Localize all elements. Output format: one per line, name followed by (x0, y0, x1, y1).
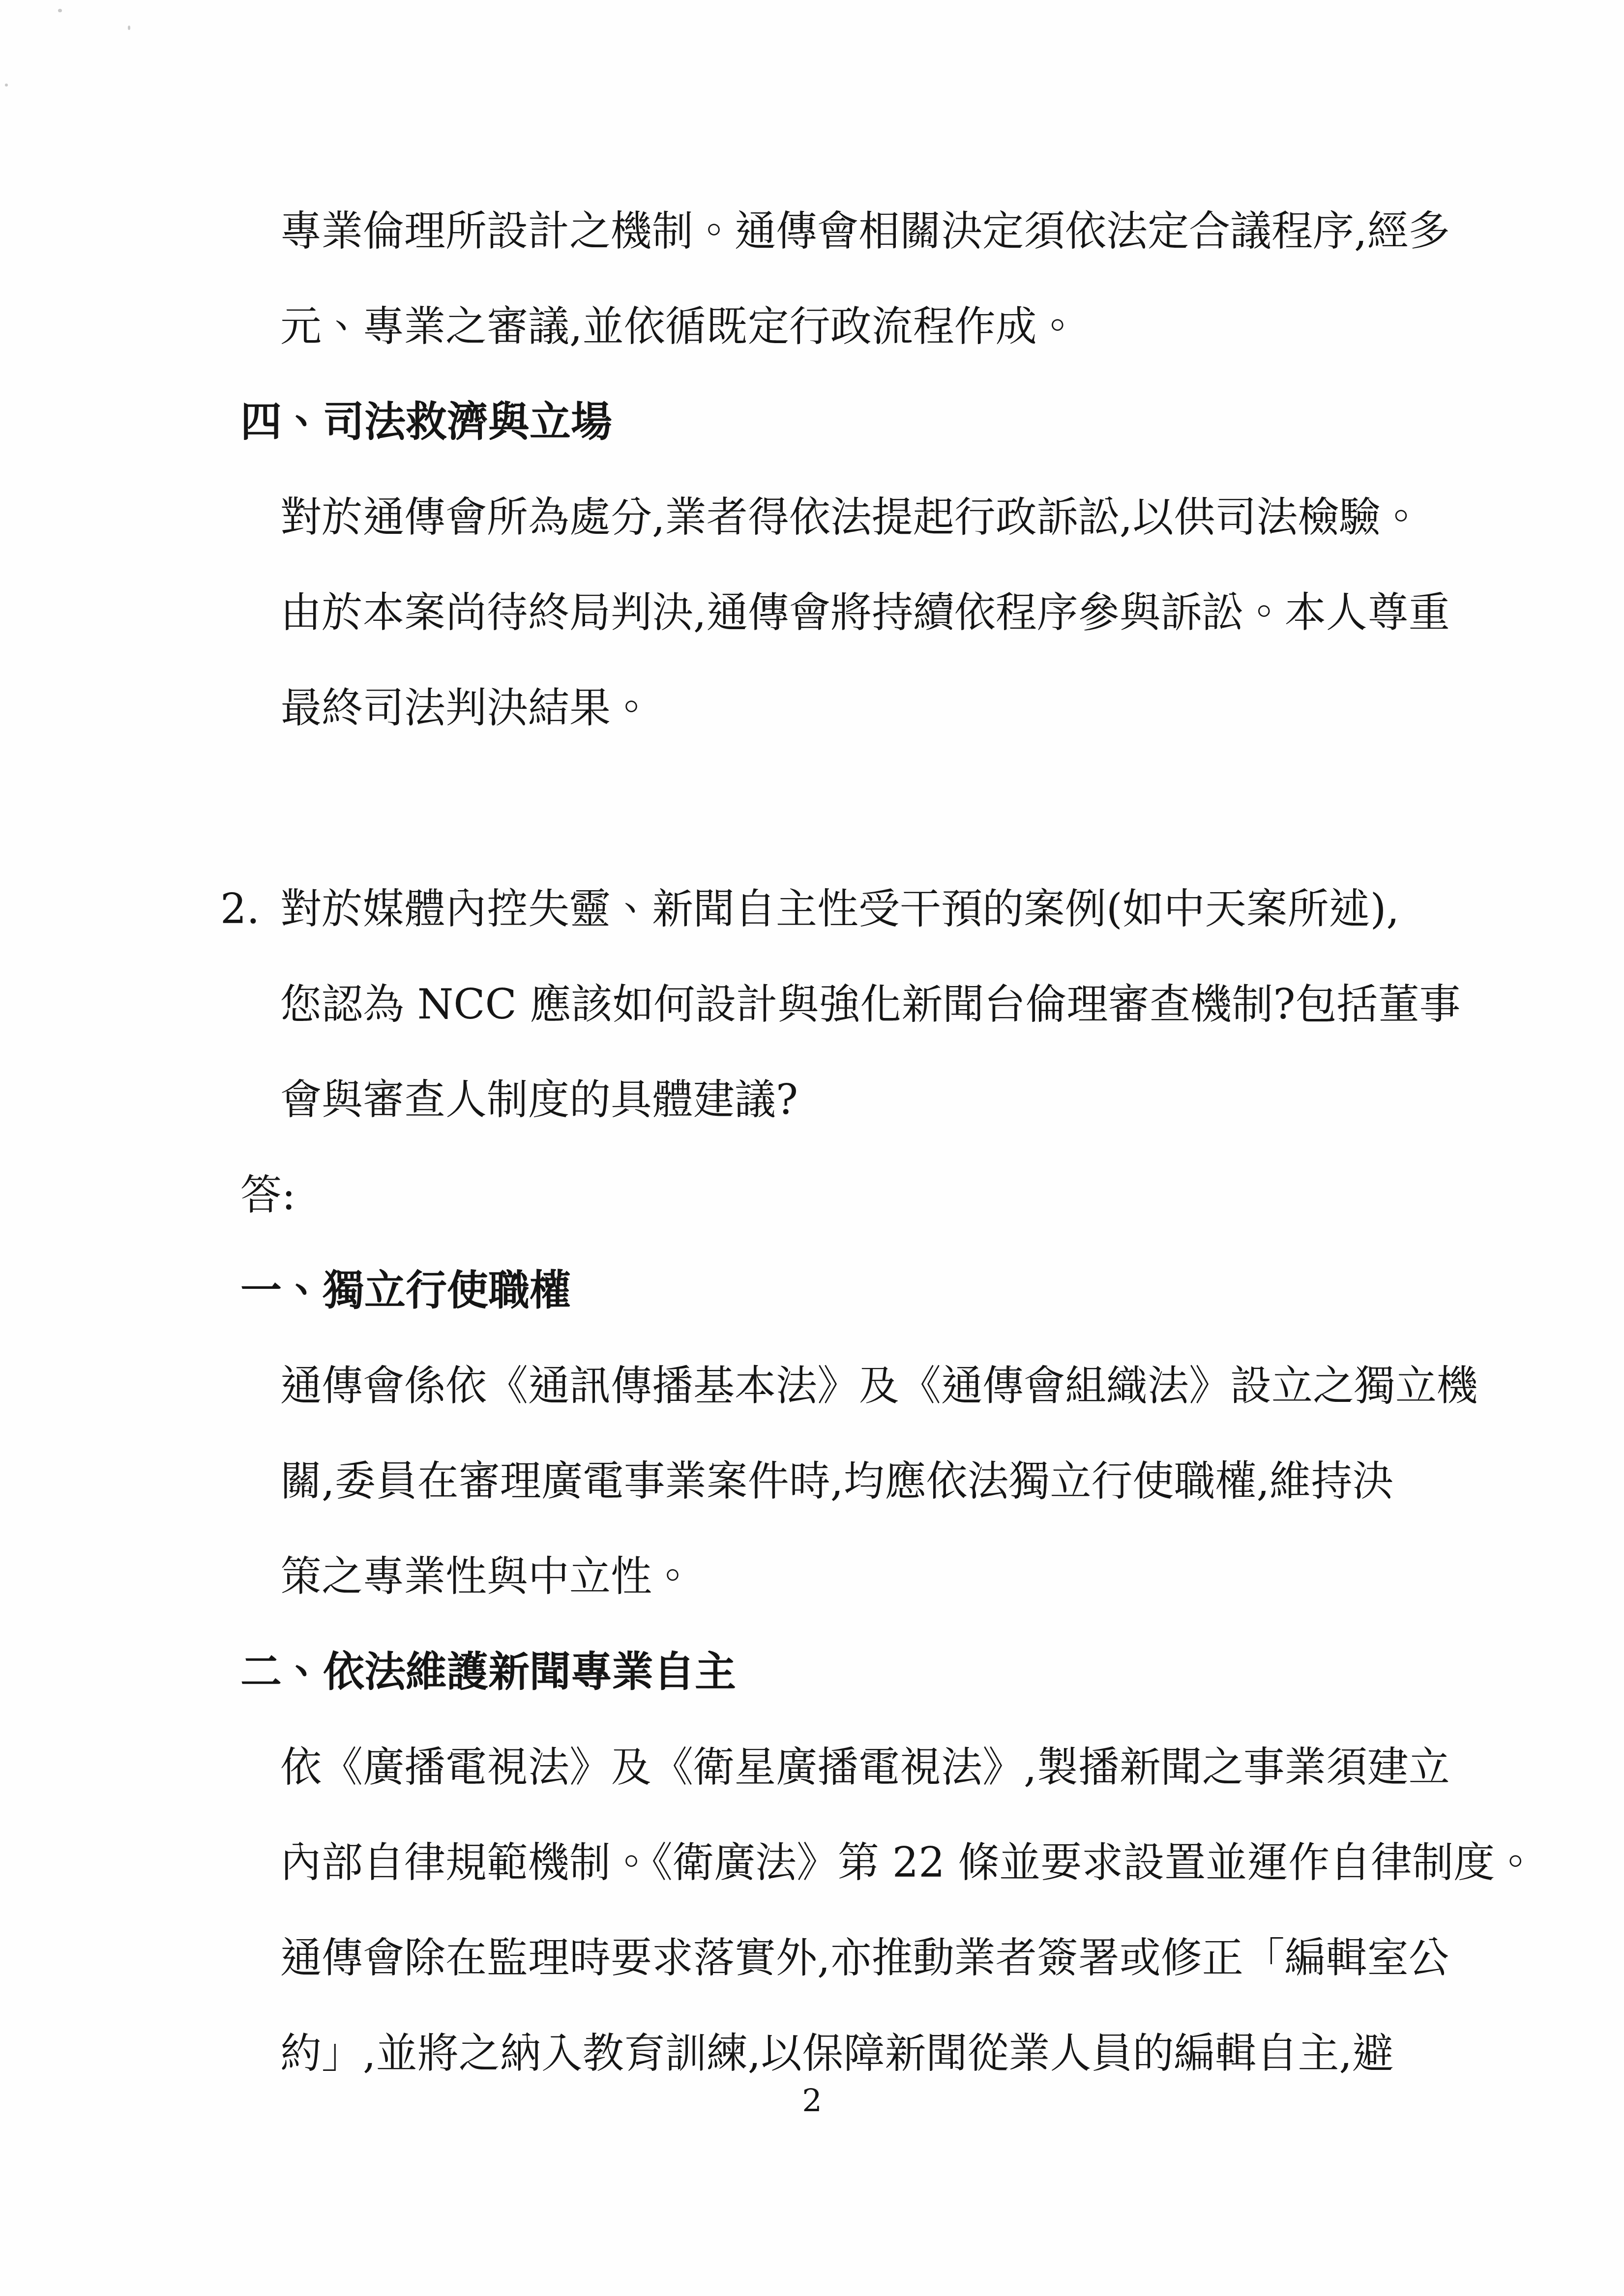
text-line: 通傳會係依《通訊傳播基本法》及《通傳會組織法》設立之獨立機 (0, 1338, 1624, 1433)
answer-label: 答: (0, 1147, 1624, 1243)
text-line-content: 通傳會係依《通訊傳播基本法》及《通傳會組織法》設立之獨立機 (280, 1365, 1478, 1406)
text-line: 最終司法判決結果。 (0, 660, 1624, 756)
text-line-content: 約」,並將之納入教育訓練,以保障新聞從業人員的編輯自主,避 (280, 2033, 1393, 2074)
text-line: 您認為 NCC 應該如何設計與強化新聞台倫理審查機制?包括董事 (0, 957, 1624, 1052)
scan-artifact (5, 84, 8, 87)
document-page: 專業倫理所設計之機制。通傳會相關決定須依法定合議程序,經多 元、專業之審議,並依… (0, 0, 1624, 2296)
text-line-content: 依《廣播電視法》及《衛星廣播電視法》,製播新聞之事業須建立 (280, 1746, 1450, 1788)
text-line-content: 最終司法判決結果。 (280, 687, 652, 728)
answer-label-text: 答: (240, 1174, 295, 1216)
section-heading-2: 二、依法維護新聞專業自主 (0, 1624, 1624, 1719)
question-item: 2.對於媒體內控失靈、新聞自主性受干預的案例(如中天案所述), (0, 861, 1624, 957)
text-line: 依《廣播電視法》及《衛星廣播電視法》,製播新聞之事業須建立 (0, 1719, 1624, 1815)
text-line-content: 通傳會除在監理時要求落實外,亦推動業者簽署或修正「編輯室公 (280, 1937, 1450, 1978)
text-line-content: 元、專業之審議,並依循既定行政流程作成。 (280, 306, 1078, 347)
section-heading-text: 二、依法維護新聞專業自主 (240, 1651, 736, 1692)
text-line: 元、專業之審議,並依循既定行政流程作成。 (0, 279, 1624, 374)
text-line: 關,委員在審理廣電事業案件時,均應依法獨立行使職權,維持決 (0, 1433, 1624, 1529)
text-line: 由於本案尚待終局判決,通傳會將持續依程序參與訴訟。本人尊重 (0, 565, 1624, 660)
text-block: 專業倫理所設計之機制。通傳會相關決定須依法定合議程序,經多 元、專業之審議,並依… (0, 183, 1624, 2101)
text-line-content: 由於本案尚待終局判決,通傳會將持續依程序參與訴訟。本人尊重 (280, 592, 1450, 633)
section-heading-1: 一、獨立行使職權 (0, 1243, 1624, 1338)
text-line-content: 您認為 NCC 應該如何設計與強化新聞台倫理審查機制?包括董事 (280, 984, 1460, 1025)
text-line-content: 內部自律規範機制。《衛廣法》第 22 條並要求設置並運作自律制度。 (280, 1842, 1536, 1883)
text-line-content: 會與審查人制度的具體建議? (280, 1079, 798, 1120)
scan-artifact (128, 26, 130, 30)
text-line: 會與審查人制度的具體建議? (0, 1052, 1624, 1147)
paragraph-gap (0, 756, 1624, 861)
text-line: 策之專業性與中立性。 (0, 1529, 1624, 1624)
page-number: 2 (0, 2083, 1624, 2120)
text-line: 專業倫理所設計之機制。通傳會相關決定須依法定合議程序,經多 (0, 183, 1624, 279)
question-number: 2. (220, 888, 280, 930)
text-line-content: 策之專業性與中立性。 (280, 1556, 693, 1597)
section-heading-text: 一、獨立行使職權 (240, 1270, 571, 1311)
text-line-content: 對於通傳會所為處分,業者得依法提起行政訴訟,以供司法檢驗。 (280, 496, 1421, 538)
text-line-content: 專業倫理所設計之機制。通傳會相關決定須依法定合議程序,經多 (280, 210, 1450, 252)
text-line: 通傳會除在監理時要求落實外,亦推動業者簽署或修正「編輯室公 (0, 1910, 1624, 2005)
text-line: 內部自律規範機制。《衛廣法》第 22 條並要求設置並運作自律制度。 (0, 1815, 1624, 1910)
section-heading-text: 四、司法救濟與立場 (240, 401, 612, 442)
text-line-content: 關,委員在審理廣電事業案件時,均應依法獨立行使職權,維持決 (280, 1460, 1393, 1502)
scan-artifact (58, 9, 62, 12)
section-heading-4: 四、司法救濟與立場 (0, 374, 1624, 469)
text-line: 對於通傳會所為處分,業者得依法提起行政訴訟,以供司法檢驗。 (0, 469, 1624, 565)
question-text: 對於媒體內控失靈、新聞自主性受干預的案例(如中天案所述), (280, 888, 1399, 930)
